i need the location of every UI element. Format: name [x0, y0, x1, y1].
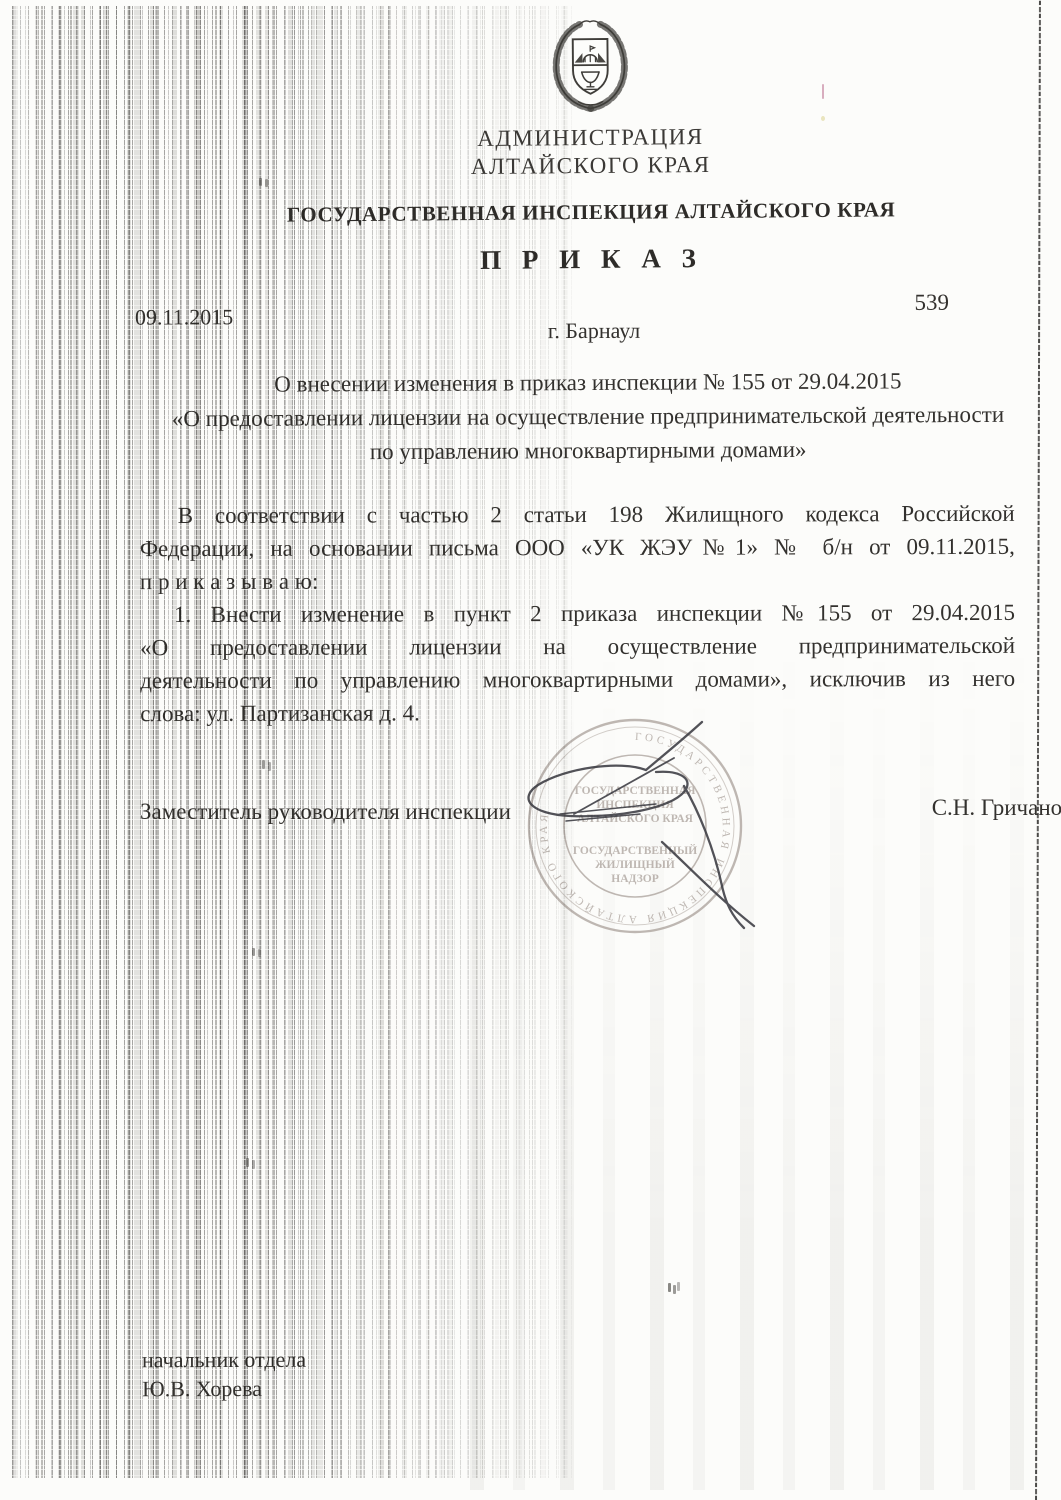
altai-krai-coat-of-arms-icon [537, 14, 642, 119]
body-line: Федерации, на основании письма ООО «УК Ж… [140, 530, 1015, 565]
scanned-order-document: АДМИНИСТРАЦИЯ АЛТАЙСКОГО КРАЯ ГОСУДАРСТВ… [0, 0, 1061, 1500]
document-header: АДМИНИСТРАЦИЯ АЛТАЙСКОГО КРАЯ ГОСУДАРСТВ… [119, 10, 1061, 279]
subject-line: О внесении изменения в приказ инспекции … [115, 364, 1061, 403]
ink-speck [246, 1158, 249, 1167]
document-meta-row: 09.11.2015 539 г. Барнаул [135, 289, 1031, 345]
preparer-position: начальник отдела [142, 1345, 306, 1375]
body-line: «О предоставлении лицензии на осуществле… [140, 629, 1015, 664]
body-line: 1. Внести изменение в пункт 2 приказа ин… [140, 596, 1015, 631]
document-type-title: П Р И К А З [121, 240, 1061, 279]
ink-speck [252, 948, 255, 956]
signer-name: С.Н. Гричанов [932, 795, 1061, 821]
document-footer: начальник отдела Ю.В. Хорева [142, 1345, 306, 1404]
body-line: В соответствии с частью 2 статьи 198 Жил… [140, 497, 1015, 532]
document-number: 539 [914, 290, 949, 316]
subject-line: по управлению многоквартирными домами» [115, 432, 1061, 471]
issuing-body-name: ГОСУДАРСТВЕННАЯ ИНСПЕКЦИЯ АЛТАЙСКОГО КРА… [121, 196, 1061, 229]
ink-speck [262, 760, 265, 769]
document-city: г. Барнаул [135, 316, 1031, 345]
preparer-name: Ю.В. Хорева [142, 1374, 306, 1404]
ink-speck [668, 1283, 671, 1292]
document-date: 09.11.2015 [135, 304, 233, 330]
subject-line: «О предоставлении лицензии на осуществле… [115, 398, 1061, 437]
signer-position: Заместитель руководителя инспекции [140, 799, 511, 824]
body-line: п р и к а з ы в а ю: [140, 563, 1015, 598]
handwritten-signature [470, 690, 790, 960]
document-subject: О внесении изменения в приказ инспекции … [115, 364, 1061, 471]
